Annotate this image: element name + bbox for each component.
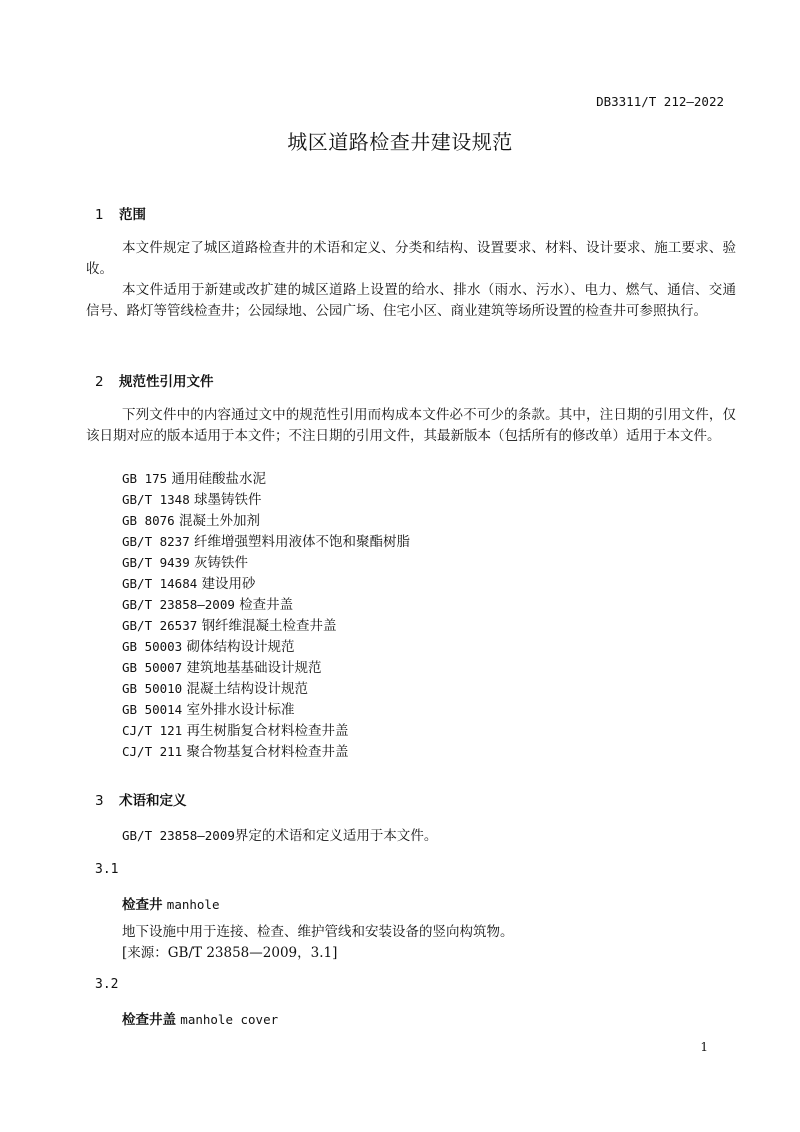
section-title: 术语和定义 [119,793,187,809]
reference-code: GB 50003 [122,639,182,654]
reference-code: GB/T 14684 [122,576,197,591]
section-number: 1 [95,207,119,223]
reference-code: GB 50010 [122,681,182,696]
reference-item: CJ/T 211 聚合物基复合材料检查井盖 [122,741,349,763]
term-3-2-heading: 检查井盖 manhole cover [122,1008,278,1028]
document-page: DB3311/T 212—2022 城区道路检查井建设规范 1范围 本文件规定了… [0,0,800,1132]
term-3-1-source: [来源：GB/T 23858—2009，3.1] [122,943,337,964]
reference-name: 聚合物基复合材料检查井盖 [187,744,349,760]
reference-code: CJ/T 211 [122,744,182,759]
reference-code: GB 50014 [122,702,182,717]
reference-name: 通用硅酸盐水泥 [171,471,266,487]
term-3-1-definition: 地下设施中用于连接、检查、维护管线和安装设备的竖向构筑物。 [122,922,514,943]
section-title: 规范性引用文件 [119,374,214,390]
scope-paragraph-2: 本文件适用于新建或改扩建的城区道路上设置的给水、排水（雨水、污水）、电力、燃气、… [86,280,736,322]
terms-intro-text: 界定的术语和定义适用于本文件。 [235,828,438,844]
reference-item: GB 50003 砌体结构设计规范 [122,636,295,658]
page-number: 1 [700,1040,708,1054]
term-3-1-heading: 检查井 manhole [122,893,219,913]
reference-code: GB/T 1348 [122,492,190,507]
term-chinese: 检查井 [122,897,163,913]
scope-paragraph-1: 本文件规定了城区道路检查井的术语和定义、分类和结构、设置要求、材料、设计要求、施… [86,238,736,280]
section-number: 3 [95,793,119,809]
reference-code: GB 50007 [122,660,182,675]
reference-code: GB 175 [122,471,167,486]
term-chinese: 检查井盖 [122,1012,176,1028]
section-1-heading: 1范围 [95,203,146,223]
document-code: DB3311/T 212—2022 [596,94,724,109]
reference-item: GB 8076 混凝土外加剂 [122,510,260,532]
reference-name: 室外排水设计标准 [187,702,295,718]
reference-item: GB/T 9439 灰铸铁件 [122,552,248,574]
term-3-1-number: 3.1 [95,862,118,877]
section-title: 范围 [119,207,146,223]
document-title: 城区道路检查井建设规范 [0,126,800,155]
terms-intro-code: GB/T 23858—2009 [122,828,235,843]
reference-item: GB/T 23858—2009 检查井盖 [122,594,293,616]
reference-name: 钢纤维混凝土检查井盖 [202,618,337,634]
reference-code: GB/T 8237 [122,534,190,549]
reference-item: GB 175 通用硅酸盐水泥 [122,468,266,490]
reference-item: GB 50007 建筑地基基础设计规范 [122,657,322,679]
reference-item: GB/T 26537 钢纤维混凝土检查井盖 [122,615,337,637]
reference-name: 球墨铸铁件 [194,492,262,508]
reference-item: GB 50014 室外排水设计标准 [122,699,295,721]
reference-code: GB/T 26537 [122,618,197,633]
reference-item: GB 50010 混凝土结构设计规范 [122,678,308,700]
section-2-heading: 2规范性引用文件 [95,370,214,390]
reference-item: CJ/T 121 再生树脂复合材料检查井盖 [122,720,349,742]
reference-name: 砌体结构设计规范 [187,639,295,655]
reference-item: GB/T 8237 纤维增强塑料用液体不饱和聚酯树脂 [122,531,410,553]
reference-code: GB/T 9439 [122,555,190,570]
reference-name: 混凝土外加剂 [179,513,260,529]
reference-name: 纤维增强塑料用液体不饱和聚酯树脂 [194,534,410,550]
reference-name: 检查井盖 [239,597,293,613]
reference-item: GB/T 14684 建设用砂 [122,573,256,595]
reference-item: GB/T 1348 球墨铸铁件 [122,489,262,511]
section-number: 2 [95,374,119,390]
term-3-2-number: 3.2 [95,977,118,992]
reference-name: 建筑地基基础设计规范 [187,660,322,676]
reference-code: GB/T 23858—2009 [122,597,235,612]
references-intro: 下列文件中的内容通过文中的规范性引用而构成本文件必不可少的条款。其中，注日期的引… [86,405,736,447]
terms-intro: GB/T 23858—2009界定的术语和定义适用于本文件。 [122,825,437,847]
reference-name: 建设用砂 [202,576,256,592]
reference-name: 混凝土结构设计规范 [187,681,309,697]
reference-name: 灰铸铁件 [194,555,248,571]
section-3-heading: 3术语和定义 [95,789,187,809]
reference-code: CJ/T 121 [122,723,182,738]
term-english: manhole [167,897,220,912]
term-english: manhole cover [180,1012,278,1027]
reference-name: 再生树脂复合材料检查井盖 [187,723,349,739]
reference-code: GB 8076 [122,513,175,528]
